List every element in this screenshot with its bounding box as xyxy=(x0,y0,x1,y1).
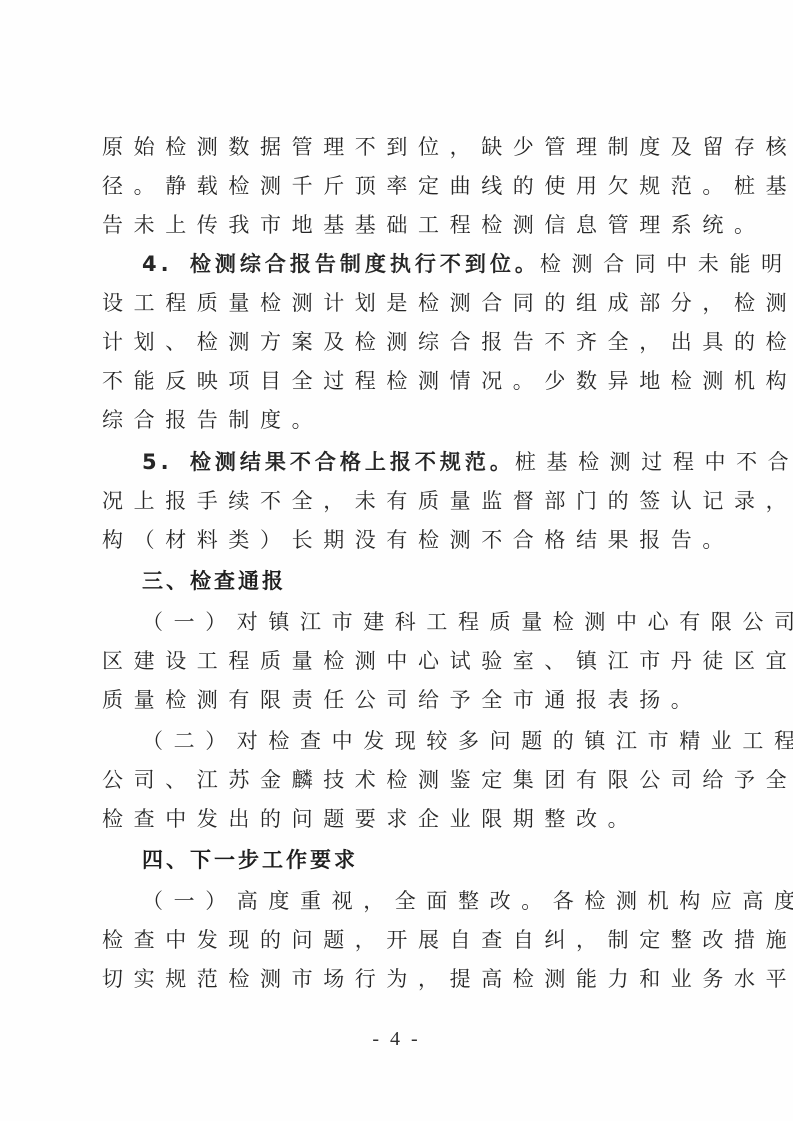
text-line: 不能反映项目全过程检测情况。少数异地检测机构未执行检测 xyxy=(102,362,682,401)
numbered-item-4: 4. 检测综合报告制度执行不到位。检测合同中未能明确建 xyxy=(142,245,682,284)
text-line: （一）对镇江市建科工程质量检测中心有限公司、镇江新 xyxy=(142,603,682,642)
text-line: 检查中发出的问题要求企业限期整改。 xyxy=(102,800,682,839)
text-line: 设工程质量检测计划是检测合同的组成部分，检测合同、检测 xyxy=(102,284,682,323)
text-line: 质量检测有限责任公司给予全市通报表扬。 xyxy=(102,681,682,720)
text-line: 构（材料类）长期没有检测不合格结果报告。 xyxy=(102,521,682,560)
text-line: 告未上传我市地基基础工程检测信息管理系统。 xyxy=(102,206,682,245)
text-line: （一）高度重视，全面整改。各检测机构应高度重视本次 xyxy=(142,882,682,921)
item-number: 5. xyxy=(142,450,173,474)
text-line: （二）对检查中发现较多问题的镇江市精业工程检测有限 xyxy=(142,722,682,761)
text-line: 区建设工程质量检测中心试验室、镇江市丹徒区宜瑞建筑工程 xyxy=(102,642,682,681)
text-line: 切实规范检测市场行为，提高检测能力和业务水平，保障检测 xyxy=(102,960,682,999)
document-page: 原始检测数据管理不到位，缺少管理制度及留存核查的存储路 径。静载检测千斤顶率定曲… xyxy=(0,0,793,1121)
item-bold-title: 检测综合报告制度执行不到位。 xyxy=(190,252,540,276)
numbered-item-5: 5. 检测结果不合格上报不规范。桩基检测过程中不合格情 xyxy=(142,443,682,482)
section-heading-4: 四、下一步工作要求 xyxy=(142,841,682,880)
text-line: 径。静载检测千斤顶率定曲线的使用欠规范。桩基静载检测报 xyxy=(102,167,682,206)
text-line: 计划、检测方案及检测综合报告不齐全，出具的检测综合报告 xyxy=(102,323,682,362)
page-number: - 4 - xyxy=(0,1028,793,1051)
text-line: 检查中发现的问题，开展自查自纠，制定整改措施并有效落实， xyxy=(102,921,682,960)
item-bold-title: 检测结果不合格上报不规范。 xyxy=(190,450,515,474)
text-line: 综合报告制度。 xyxy=(102,401,682,440)
text-line: 原始检测数据管理不到位，缺少管理制度及留存核查的存储路 xyxy=(102,128,682,167)
item-first-line-rest: 检测合同中未能明确建 xyxy=(540,252,793,276)
item-first-line-rest: 桩基检测过程中不合格情 xyxy=(515,450,793,474)
text-line: 公司、江苏金麟技术检测鉴定集团有限公司给予全市通报，对 xyxy=(102,761,682,800)
section-heading-3: 三、检查通报 xyxy=(142,562,682,601)
text-line: 况上报手续不全，未有质量监督部门的签认记录，有的检测机 xyxy=(102,482,682,521)
item-number: 4. xyxy=(142,252,173,276)
